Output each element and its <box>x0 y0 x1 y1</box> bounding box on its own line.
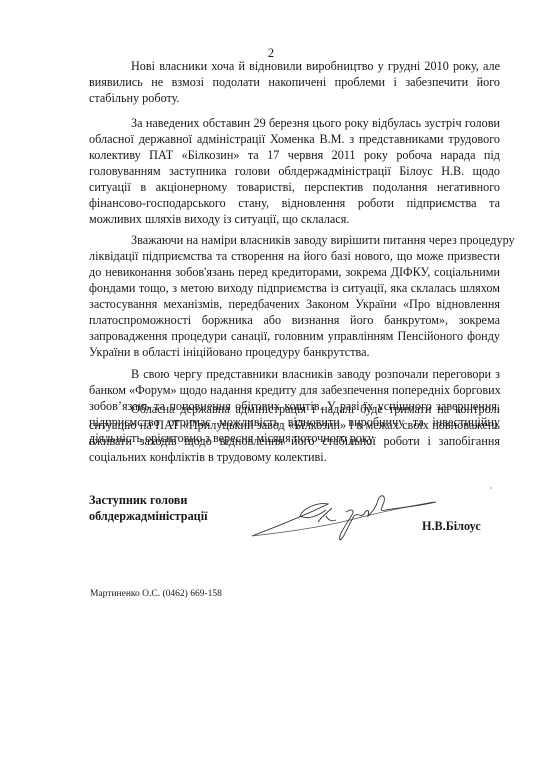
paragraph-1: Нові власники хоча й відновили виробницт… <box>89 58 500 106</box>
text-line: України в області ініційовано процедуру … <box>89 344 500 360</box>
text-line: обласної державної адміністрації Хоменка… <box>89 131 500 147</box>
text-line: можливих шляхів виходу із ситуації, що с… <box>89 211 500 227</box>
signatory-title: Заступник голови облдержадміністрації <box>89 492 207 524</box>
paragraph-5: Обласна державна адміністрація і надалі … <box>89 401 500 465</box>
text-line: ситуації в акціонерному товаристві, перс… <box>89 179 500 195</box>
text-line: За наведених обставин 29 березня цього р… <box>89 115 500 131</box>
text-line: вживати заходів щодо відновлення його ст… <box>89 433 500 449</box>
text-line: ситуацію на ПАТ «Прилуцький завод «Білко… <box>89 417 500 433</box>
text-line: Обласна державна адміністрація і надалі … <box>89 401 500 417</box>
text-line: ліквідації підприємства та створення на … <box>89 248 500 264</box>
text-line: В свою чергу представники власників заво… <box>89 366 500 382</box>
text-line: платоспроможності боржника або визнання … <box>89 312 500 328</box>
contact-info: Мартиненко О.С. (0462) 669-158 <box>90 589 222 599</box>
signatory-title-line-2: облдержадміністрації <box>89 508 207 524</box>
text-line: Зважаючи на наміри власників заводу вирі… <box>89 232 500 248</box>
signatory-title-line-1: Заступник голови <box>89 492 207 508</box>
text-line: колективу ПАТ «Білкозин» та 17 червня 20… <box>89 147 500 163</box>
text-line: Нові власники хоча й відновили виробницт… <box>89 58 500 74</box>
scan-speck <box>490 487 492 489</box>
paragraph-2: За наведених обставин 29 березня цього р… <box>89 115 500 227</box>
text-line: фінансово-господарського стану, відновле… <box>89 195 500 211</box>
text-line: запровадження процедури санації, головни… <box>89 328 500 344</box>
text-line: стабільну роботу. <box>89 90 500 106</box>
text-line: до невиконання зобов'язань перед кредито… <box>89 264 500 280</box>
signatory-name: Н.В.Білоус <box>422 519 481 534</box>
text-line: соціальних конфліктів в трудовому колект… <box>89 449 500 465</box>
paragraph-3: Зважаючи на наміри власників заводу вирі… <box>89 232 500 360</box>
text-line: фондами тощо, з метою виходу підприємств… <box>89 280 500 296</box>
text-line: головуванням заступника голови облдержад… <box>89 163 500 179</box>
scan-speck <box>298 275 300 277</box>
text-line: банком «Форум» щодо надання кредиту для … <box>89 382 500 398</box>
handwritten-signature <box>248 486 438 544</box>
text-line: застосування механізмів, передбачених За… <box>89 296 500 312</box>
text-line: виявились не взмозі подолати накопичені … <box>89 74 500 90</box>
